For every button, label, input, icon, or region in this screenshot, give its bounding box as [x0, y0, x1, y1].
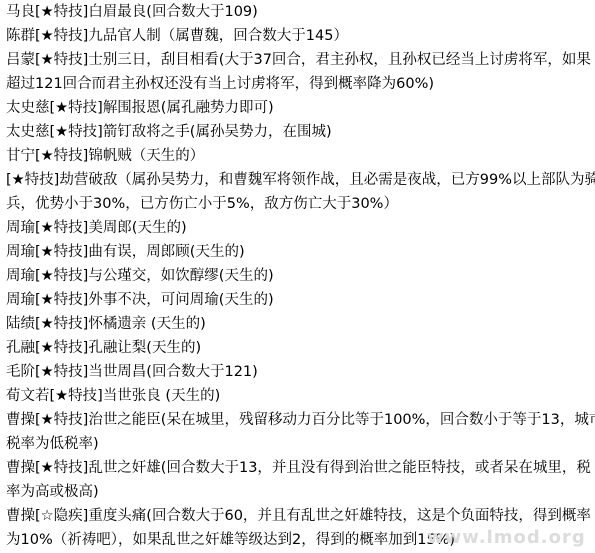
skill-line: 周瑜[★特技]外事不决，可问周瑜(天生的)	[0, 288, 595, 312]
skill-line-continuation: 税率为低税率)	[0, 432, 595, 456]
skill-line-continuation: 兵，优势小于30%，已方伤亡小于5%，敌方伤亡大于30%）	[0, 192, 595, 216]
skill-line: 甘宁[★特技]锦帆贼（天生的）	[0, 144, 595, 168]
skill-line: 周瑜[★特技]美周郎(天生的)	[0, 216, 595, 240]
skill-line: 周瑜[★特技]与公瑾交，如饮醇缪(天生的)	[0, 264, 595, 288]
skill-line-continuation: 超过121回合而君主孙权还没有当上讨虏将军，得到概率降为60%)	[0, 72, 595, 96]
skill-line: 陆绩[★特技]怀橘遗亲 (天生的)	[0, 312, 595, 336]
skill-line: 荀文若[★特技]当世张良 (天生的)	[0, 384, 595, 408]
skill-text-block: 马良[★特技]白眉最良(回合数大于109) 陈群[★特技]九品官人制（属曹魏，回…	[0, 0, 595, 552]
skill-line: 周瑜[★特技]曲有误，周郎顾(天生的)	[0, 240, 595, 264]
skill-line: 马良[★特技]白眉最良(回合数大于109)	[0, 0, 595, 24]
skill-line: 曹操[☆隐疾]重度头痛(回合数大于60，并且有乱世之奸雄特技，这是个负面特技，得…	[0, 504, 595, 528]
skill-line-continuation: 率为高或极高)	[0, 480, 595, 504]
skill-line: 太史慈[★特技]解围报恩(属孔融势力即可)	[0, 96, 595, 120]
skill-line: 曹操[★特技]治世之能臣(呆在城里，残留移动力百分比等于100%，回合数小于等于…	[0, 408, 595, 432]
skill-line: 孔融[★特技]孔融让梨(天生的)	[0, 336, 595, 360]
skill-line: 陈群[★特技]九品官人制（属曹魏，回合数大于145）	[0, 24, 595, 48]
skill-line: [★特技]劫营破敌（属孙吴势力，和曹魏军将领作战，且必需是夜战，已方99%以上部…	[0, 168, 595, 192]
skill-line: 毛阶[★特技]当世周昌(回合数大于121)	[0, 360, 595, 384]
skill-line: 太史慈[★特技]箭钉敌将之手(属孙吴势力，在围城)	[0, 120, 595, 144]
skill-line: 曹操[★特技]乱世之奸雄(回合数大于13，并且没有得到治世之能臣特技，或者呆在城…	[0, 456, 595, 480]
skill-line: 吕蒙[★特技]士别三日，刮目相看(大于37回合，君主孙权，且孙权已经当上讨虏将军…	[0, 48, 595, 72]
skill-list-document: 马良[★特技]白眉最良(回合数大于109) 陈群[★特技]九品官人制（属曹魏，回…	[0, 0, 595, 553]
watermark-text: www.lmod.org	[427, 527, 586, 548]
